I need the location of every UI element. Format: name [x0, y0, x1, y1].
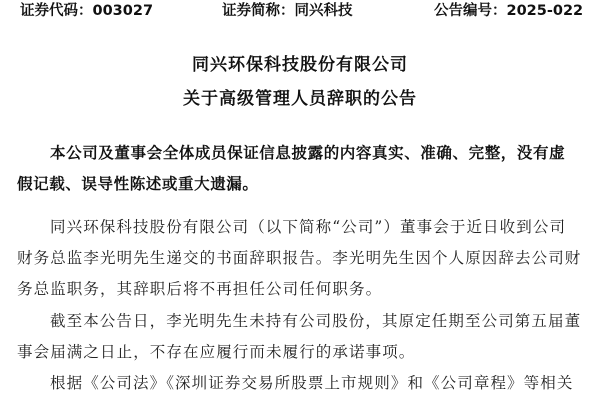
- announcement-number: 公告编号：2025-022: [434, 0, 583, 22]
- security-abbreviation: 证券简称：同兴科技: [222, 0, 353, 22]
- paragraph-line: 事会届满之日止，不存在应履行而未履行的承诺事项。: [17, 337, 583, 368]
- security-code-value: 003027: [93, 3, 154, 19]
- announcement-header: 证券代码：003027 证券简称：同兴科技 公告编号：2025-022: [0, 0, 600, 22]
- security-abbr-value: 同兴科技: [295, 3, 353, 19]
- company-name-title: 同兴环保科技股份有限公司: [0, 50, 600, 75]
- announcement-number-label: 公告编号：: [434, 3, 507, 19]
- security-code-label: 证券代码：: [20, 3, 93, 19]
- paragraph-line: 截至本公告日，李光明先生未持有公司股份，其原定任期至公司第五届董: [17, 306, 583, 337]
- paragraph-line: 财务总监李光明先生递交的书面辞职报告。李光明先生因个人原因辞去公司财: [17, 243, 583, 274]
- announcement-number-value: 2025-022: [507, 3, 584, 19]
- paragraph-line: 同兴环保科技股份有限公司（以下简称“公司”）董事会于近日收到公司: [17, 212, 583, 243]
- security-code: 证券代码：003027: [20, 0, 153, 22]
- disclaimer-line: 假记载、误导性陈述或重大遗漏。: [17, 169, 583, 200]
- disclaimer-line: 本公司及董事会全体成员保证信息披露的内容真实、准确、完整，没有虚: [17, 138, 583, 169]
- disclaimer-paragraph: 本公司及董事会全体成员保证信息披露的内容真实、准确、完整，没有虚 假记载、误导性…: [17, 138, 583, 200]
- body-paragraph-resignation: 同兴环保科技股份有限公司（以下简称“公司”）董事会于近日收到公司 财务总监李光明…: [17, 212, 583, 305]
- paragraph-line: 务总监职务，其辞职后将不再担任公司任何职务。: [17, 274, 583, 305]
- security-abbr-label: 证券简称：: [222, 3, 295, 19]
- body-paragraph-regulations: 根据《公司法》《深圳证券交易所股票上市规则》和《公司章程》等相关: [17, 368, 583, 399]
- body-paragraph-shareholding: 截至本公告日，李光明先生未持有公司股份，其原定任期至公司第五届董 事会届满之日止…: [17, 306, 583, 368]
- paragraph-line: 根据《公司法》《深圳证券交易所股票上市规则》和《公司章程》等相关: [17, 368, 583, 399]
- announcement-subject-title: 关于高级管理人员辞职的公告: [0, 84, 600, 109]
